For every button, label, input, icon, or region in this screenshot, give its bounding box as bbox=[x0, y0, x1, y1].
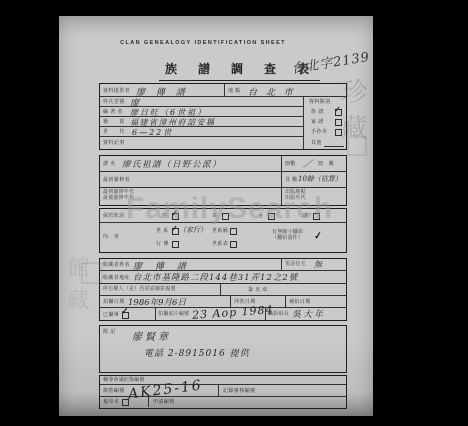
other-blank-line bbox=[324, 146, 344, 147]
divider bbox=[265, 308, 266, 321]
book-title-value: 廖氏祖譜（日野公派） bbox=[122, 158, 222, 170]
row-owner-address: 收藏者地址 台北市基隆路二段144巷31弄12之2號 bbox=[100, 271, 346, 284]
owner-address-value: 台北市基隆路二段144巷31弄12之2號 bbox=[133, 271, 298, 283]
checkbox-lineage-chart bbox=[230, 228, 237, 235]
owner-name-label: 收藏者姓名 bbox=[103, 262, 130, 268]
category-header: 資料類別 bbox=[309, 99, 331, 105]
pages-value: 10餘（估算） bbox=[298, 174, 342, 184]
category-box: 資料類別 族 譜 ✓ 家 譜 手抄本 其他 bbox=[303, 97, 346, 149]
generations-label: 世 代 bbox=[103, 129, 125, 135]
row-contents: 內 容 世 系 ✓ （家行） 世系圖 行 傳 世系表 有無縮小攝影 （翻拍證件）… bbox=[100, 223, 346, 252]
reshoot-date-label: 補拍日期 bbox=[289, 299, 311, 305]
pub-year-label: 出版年代 bbox=[285, 196, 306, 202]
divider bbox=[224, 84, 225, 96]
owner-address-label: 收藏者地址 bbox=[103, 275, 130, 281]
keep-option-usable: 可 bbox=[258, 213, 263, 219]
volumes-value: ／ bbox=[303, 157, 312, 170]
author-label: 編 著 者 bbox=[103, 109, 123, 115]
divider bbox=[281, 259, 282, 270]
keep-option-fair: 良 bbox=[212, 213, 217, 219]
english-title: CLAN GENEALOGY IDENTIFICATION SHEET bbox=[59, 40, 347, 46]
film-no-label: 拍攝底片編號 bbox=[158, 312, 189, 318]
check-mark: ✓ bbox=[313, 230, 323, 242]
check-mark: ✓ bbox=[334, 104, 341, 114]
row-film-info: 已攝畢 ✓ 拍攝底片編號 23 Aop 1984 攝影組長 吳大年 bbox=[100, 308, 346, 321]
remarks-line2: 電話 2-8915016 提供 bbox=[144, 346, 250, 359]
reel-number-label: 微捲編號 bbox=[103, 388, 125, 394]
keep-option-bad: 壞 bbox=[303, 213, 308, 219]
handwritten-serial-number: 台北字2139 bbox=[290, 46, 371, 77]
divider bbox=[155, 308, 156, 321]
section-owner-table: 收藏者姓名 廖 傳 譜 電話住宅 無 收藏者地址 台北市基隆路二段144巷31弄… bbox=[99, 258, 347, 321]
copy-label: 複印本 bbox=[103, 399, 119, 405]
checkbox-copy bbox=[122, 399, 129, 406]
row-meeting-number: 輔導會議紀錄編號 bbox=[100, 376, 346, 385]
row-source-note: 資料記事 bbox=[100, 137, 303, 148]
meeting-number-label: 輔導會議紀錄編號 bbox=[103, 378, 145, 384]
phone-label: 電話住宅 bbox=[285, 262, 306, 268]
content-chart-label: 世系圖 bbox=[212, 228, 228, 234]
checkbox-manuscript bbox=[335, 129, 342, 136]
row-condition: 保管狀況 佳 ✓ 良 可 壞 bbox=[100, 209, 346, 223]
watermark-pattern bbox=[81, 262, 103, 284]
shoot-date-value: 1986年9月6日 bbox=[128, 296, 186, 308]
row-generations: 世 代 6—22世 bbox=[100, 127, 303, 137]
checkbox-bad bbox=[313, 213, 320, 220]
pages-label: 頁 數 bbox=[285, 177, 298, 183]
check-mark: ✓ bbox=[121, 307, 129, 317]
source-note-label: 資料記事 bbox=[103, 140, 125, 146]
divider bbox=[218, 385, 219, 396]
keep-option-good: 佳 bbox=[162, 213, 167, 219]
watermark-pattern bbox=[347, 136, 367, 156]
volumes-label: 冊數 bbox=[285, 161, 296, 167]
scanned-document-view: CLAN GENEALOGY IDENTIFICATION SHEET 族 譜 … bbox=[0, 0, 468, 426]
volumes-unit: 冊 數 bbox=[318, 161, 334, 167]
microfilm-note-line2: （翻拍證件） bbox=[272, 236, 303, 242]
row-owner-name: 收藏者姓名 廖 傳 譜 電話住宅 無 bbox=[100, 259, 346, 271]
section-book-table: 譜 名 廖氏祖譜（日野公派） 冊數 ／ 冊 數 最初纂修者 頁 數 10餘（估算… bbox=[99, 155, 347, 206]
remarks-label: 附 記 bbox=[103, 329, 116, 335]
row-book-title: 譜 名 廖氏祖譜（日野公派） 冊數 ／ 冊 數 bbox=[100, 156, 346, 172]
checkbox-usable bbox=[268, 213, 275, 220]
category-other-label: 其他 bbox=[311, 140, 322, 146]
consent-label: 所有權人（是）否同意縮影複製 bbox=[103, 287, 176, 293]
shoot-date-label: 拍攝日期 bbox=[103, 299, 125, 305]
checkbox-family-genealogy bbox=[335, 119, 342, 126]
compiler-label: 最初纂修者 bbox=[103, 177, 130, 183]
section-condition-table: 保管狀況 佳 ✓ 良 可 壞 內 容 世 系 ✓ （家行） 世系圖 行 傳 bbox=[99, 208, 347, 253]
section-source-table: 資料提供者 廖 傳 譜 地 點 台 北 市 姓氏堂號 廖 編 著 者 廖日旺（6… bbox=[99, 83, 347, 150]
content-biography-label: 行 傳 bbox=[156, 241, 169, 247]
divider bbox=[285, 296, 286, 307]
check-mark: ✓ bbox=[171, 223, 178, 233]
row-consent: 所有權人（是）否同意縮影複製 簽 名 章 bbox=[100, 284, 346, 296]
divider bbox=[220, 284, 221, 295]
row-surname: 姓氏堂號 廖 bbox=[100, 97, 303, 107]
last-year-label: 最後纂修年代 bbox=[103, 196, 134, 202]
phone-value: 無 bbox=[314, 259, 322, 270]
contents-label: 內 容 bbox=[103, 234, 119, 240]
row-author: 編 著 者 廖日旺（6世祖） bbox=[100, 107, 303, 117]
checkbox-fair bbox=[222, 213, 229, 220]
book-title-label: 譜 名 bbox=[103, 161, 116, 167]
origin-label: 籍 貫 bbox=[103, 119, 125, 125]
row-origin: 籍 貫 福建省漳州府詔安縣 bbox=[100, 117, 303, 127]
checkbox-biography bbox=[172, 241, 179, 248]
surname-label: 姓氏堂號 bbox=[103, 99, 125, 105]
form-paper: CLAN GENEALOGY IDENTIFICATION SHEET 族 譜 … bbox=[59, 16, 373, 416]
section-remarks-table: 附 記 廖賢章 電話 2-8915016 提供 bbox=[99, 325, 347, 373]
done-label: 已攝畢 bbox=[103, 312, 119, 318]
leader-value: 吳大年 bbox=[292, 307, 325, 320]
category-option-clan: 族 譜 bbox=[311, 109, 324, 115]
provider-label: 資料提供者 bbox=[103, 88, 130, 94]
content-table-label: 世系表 bbox=[212, 241, 228, 247]
row-compiler: 最初纂修者 頁 數 10餘（估算） bbox=[100, 172, 346, 188]
remarks-line1: 廖賢章 bbox=[132, 328, 171, 343]
place-label: 地 點 bbox=[228, 88, 241, 94]
condition-label: 保管狀況 bbox=[103, 213, 125, 219]
apply-number-label: 申請編號 bbox=[153, 399, 175, 405]
category-option-family: 家 譜 bbox=[311, 119, 324, 125]
section-admin-table: 輔導會議紀錄編號 微捲編號 記錄審核編號 複印本 申請編號 AK25-16 bbox=[99, 375, 347, 409]
check-mark: ✓ bbox=[171, 208, 178, 218]
signature-label: 簽 名 章 bbox=[248, 287, 268, 293]
category-option-manuscript: 手抄本 bbox=[311, 129, 327, 135]
review-number-label: 記錄審核編號 bbox=[223, 388, 255, 394]
row-edit-years: 最初纂修年代 最後纂修年代 出版地點 出版年代 bbox=[100, 188, 346, 204]
content-lineage-note: （家行） bbox=[179, 225, 207, 235]
leader-label: 攝影組長 bbox=[268, 312, 289, 318]
content-lineage-label: 世 系 bbox=[156, 228, 169, 234]
checkbox-lineage-table bbox=[230, 241, 237, 248]
